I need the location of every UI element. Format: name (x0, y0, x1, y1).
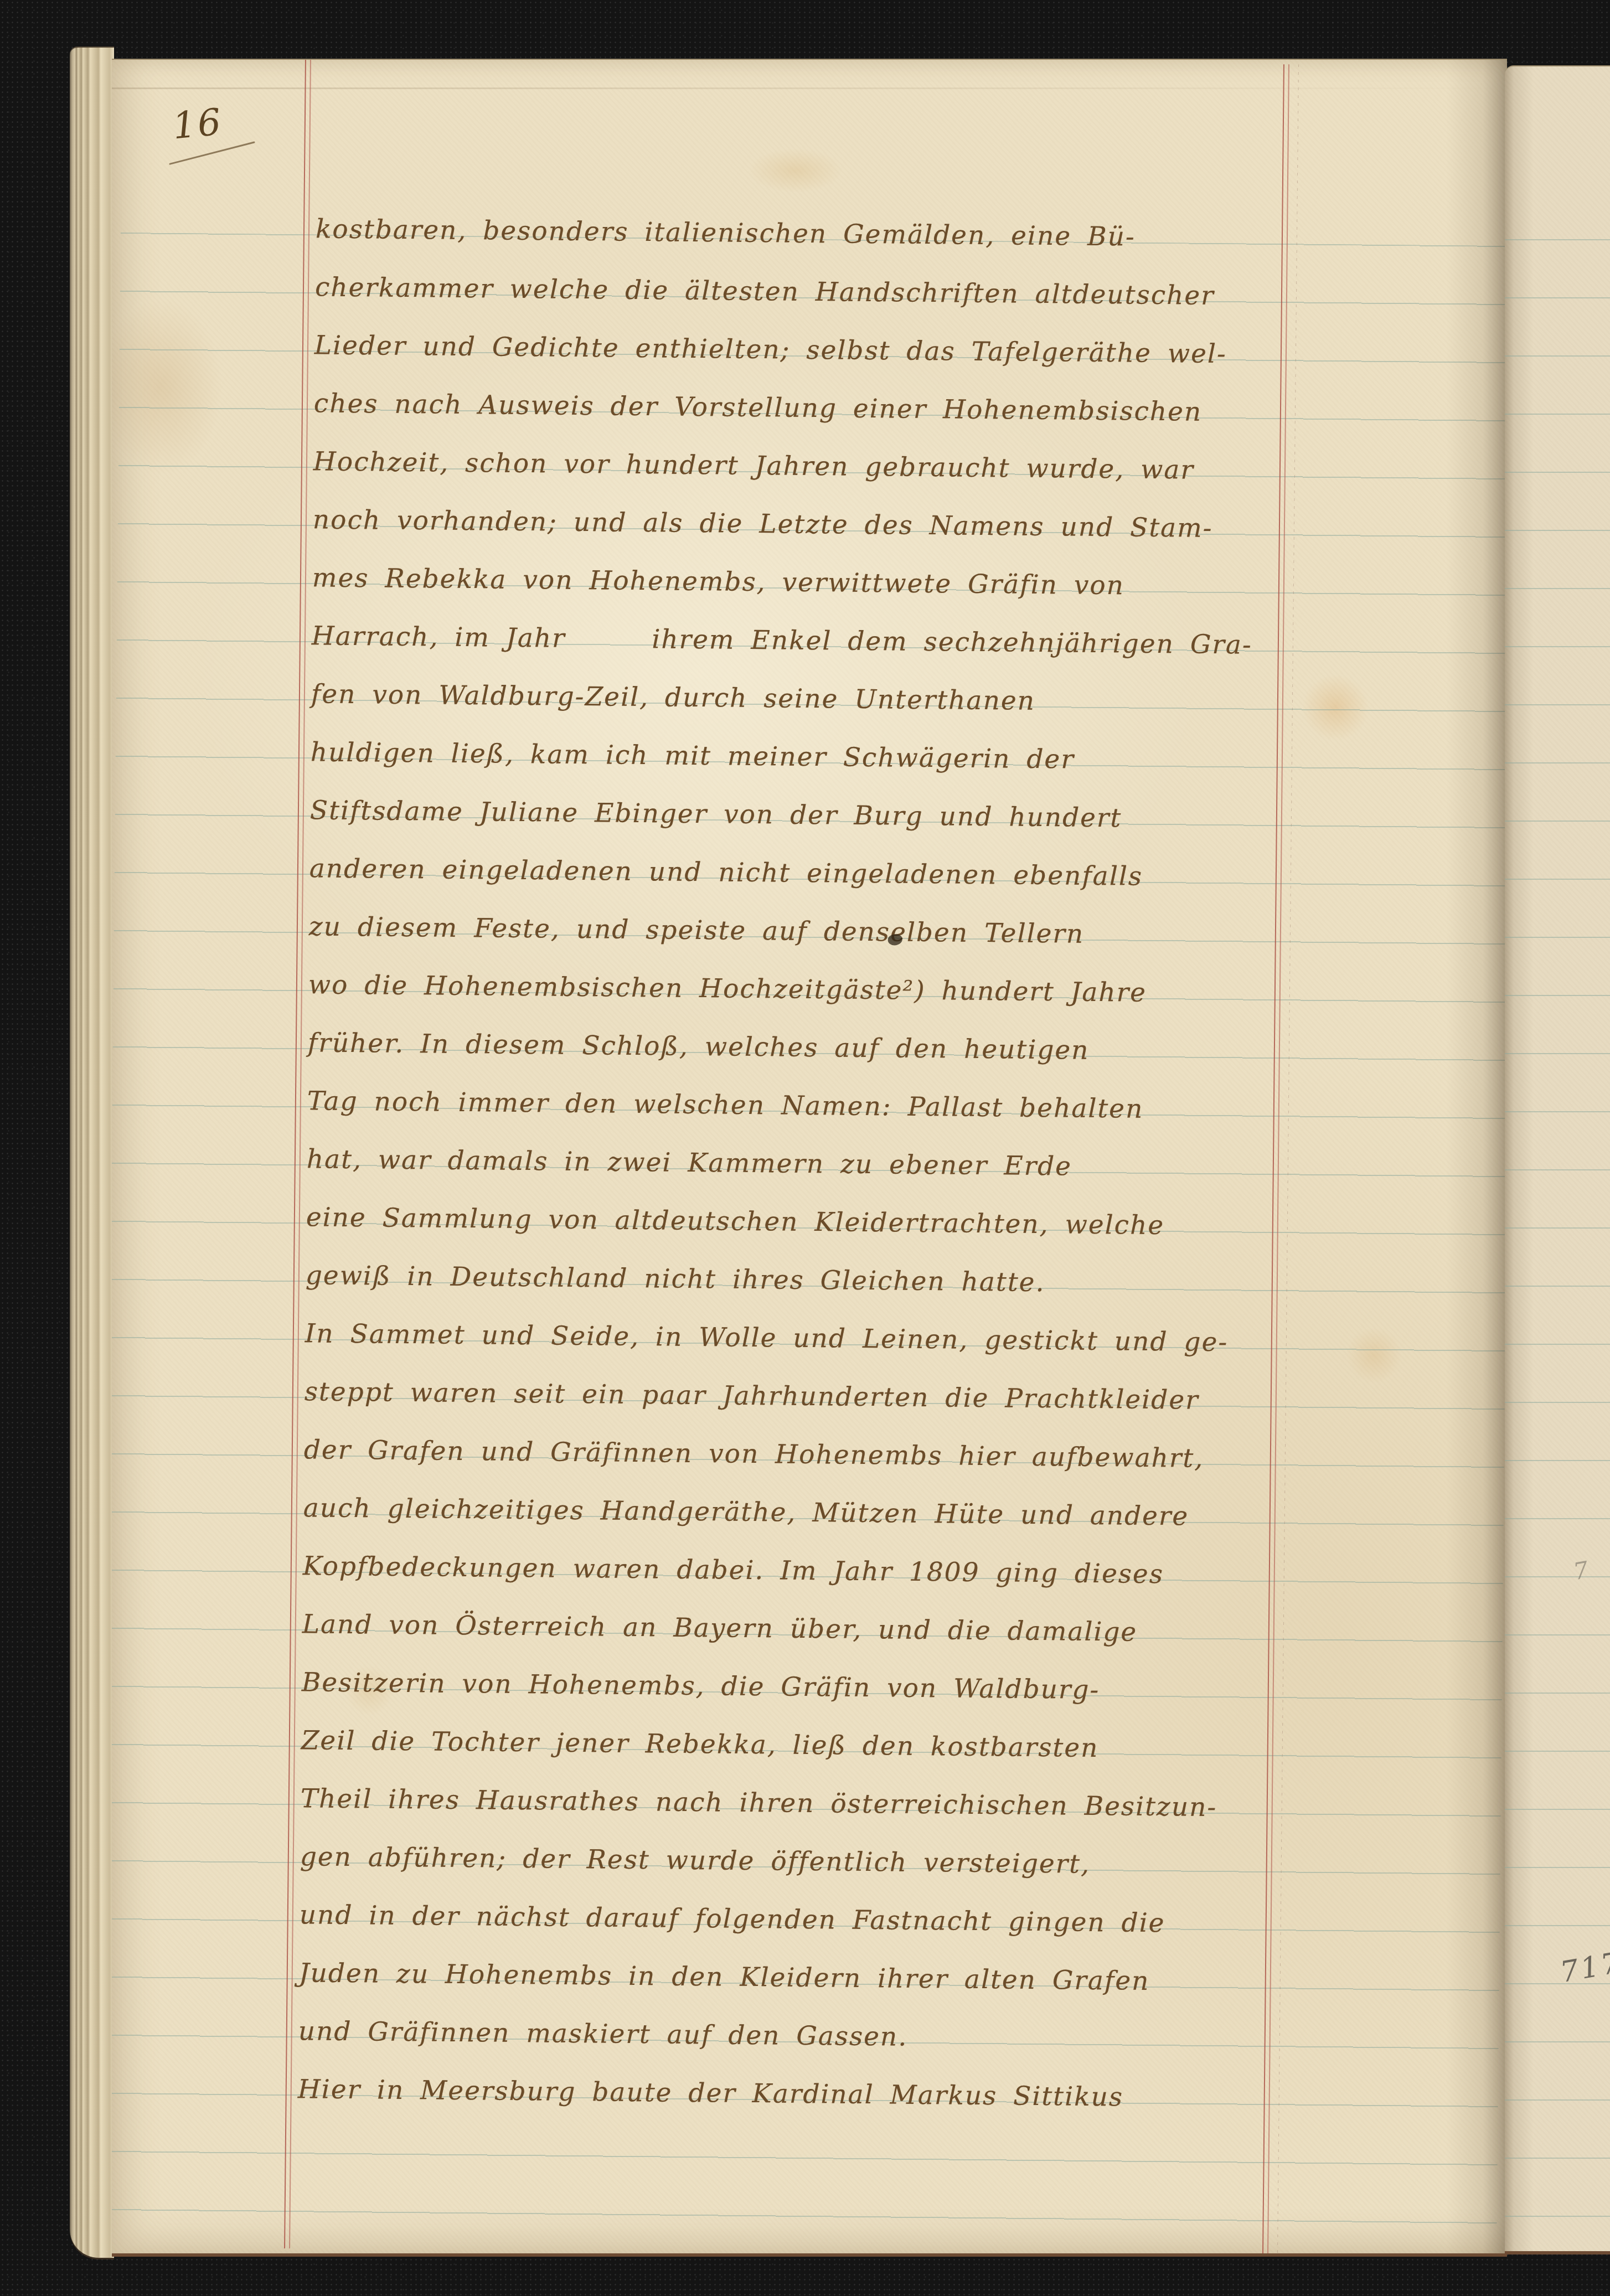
manuscript-line: mes Rebekka von Hohenembs, verwittwete G… (312, 549, 1496, 618)
manuscript-line: auch gleichzeitiges Handgeräthe, Mützen … (303, 1479, 1487, 1549)
manuscript-page: 16 kostbaren, besonders italienischen Ge… (112, 59, 1507, 2257)
manuscript-line: Harrach, im Jahr ihrem Enkel dem sechzeh… (311, 607, 1495, 677)
manuscript-line: anderen eingeladenen und nicht eingelade… (309, 839, 1493, 909)
manuscript-line: Hier in Meersburg baute der Kardinal Mar… (297, 2060, 1482, 2130)
manuscript-line: Juden zu Hohenembs in den Kleidern ihrer… (298, 1944, 1483, 2014)
manuscript-line: In Sammet und Seide, in Wolle und Leinen… (305, 1304, 1489, 1374)
manuscript-line: Land von Österreich an Bayern über, und … (302, 1595, 1486, 1665)
gutter-fold-shadow (1446, 60, 1507, 2253)
manuscript-line: Tag noch immer den welschen Namen: Palla… (307, 1072, 1491, 1142)
manuscript-line: Besitzerin von Hohenembs, die Gräfin von… (301, 1653, 1485, 1723)
manuscript-line: steppt waren seit ein paar Jahrhunderten… (304, 1363, 1488, 1432)
page-content-layer: 16 kostbaren, besonders italienischen Ge… (112, 59, 1507, 2257)
manuscript-line: hat, war damals in zwei Kammern zu ebene… (306, 1130, 1490, 1200)
manuscript-line: früher. In diesem Schloß, welches auf de… (307, 1014, 1492, 1083)
ruled-lines (1505, 239, 1610, 2251)
manuscript-line: noch vorhanden; und als die Letzte des N… (312, 491, 1497, 560)
manuscript-line: Stiftsdame Juliane Ebinger von der Burg … (309, 781, 1494, 851)
manuscript-text: kostbaren, besonders italienischen Gemäl… (297, 200, 1499, 2129)
manuscript-line: wo die Hohenembsischen Hochzeitgäste²) h… (308, 956, 1492, 1025)
manuscript-line: und Gräfinnen maskiert auf den Gassen. (298, 2002, 1482, 2072)
manuscript-line: Lieder und Gedichte enthielten; selbst d… (314, 316, 1499, 386)
manuscript-line: eine Sammlung von altdeutschen Kleidertr… (306, 1188, 1490, 1258)
manuscript-line: und in der nächst darauf folgenden Fastn… (299, 1886, 1483, 1956)
scanned-book-photo: 16 kostbaren, besonders italienischen Ge… (0, 0, 1610, 2296)
manuscript-line: Kopfbedeckungen waren dabei. Im Jahr 180… (302, 1537, 1487, 1607)
manuscript-line: cherkammer welche die ältesten Handschri… (315, 258, 1499, 328)
manuscript-line: gen abführen; der Rest wurde öffentlich … (300, 1828, 1484, 1897)
facing-page-edge: 7 717 (1505, 65, 1610, 2254)
manuscript-line: fen von Waldburg-Zeil, durch seine Unter… (311, 665, 1495, 735)
page-number: 16 (171, 100, 224, 147)
manuscript-line: Hochzeit, schon vor hundert Jahren gebra… (313, 432, 1498, 502)
manuscript-line: kostbaren, besonders italienischen Gemäl… (316, 200, 1500, 270)
manuscript-line: gewiß in Deutschland nicht ihres Gleiche… (305, 1246, 1489, 1316)
manuscript-line: Theil ihres Hausrathes nach ihren österr… (300, 1769, 1484, 1839)
manuscript-line: huldigen ließ, kam ich mit meiner Schwäg… (310, 723, 1494, 793)
manuscript-line: Zeil die Tochter jener Rebekka, ließ den… (301, 1711, 1485, 1781)
manuscript-line: ches nach Ausweis der Vorstellung einer … (314, 374, 1498, 444)
manuscript-line: der Grafen und Gräfinnen von Hohenembs h… (303, 1421, 1488, 1490)
manuscript-line: zu diesem Feste, und speiste auf denselb… (308, 897, 1493, 967)
page-stack-edges (70, 48, 114, 2258)
